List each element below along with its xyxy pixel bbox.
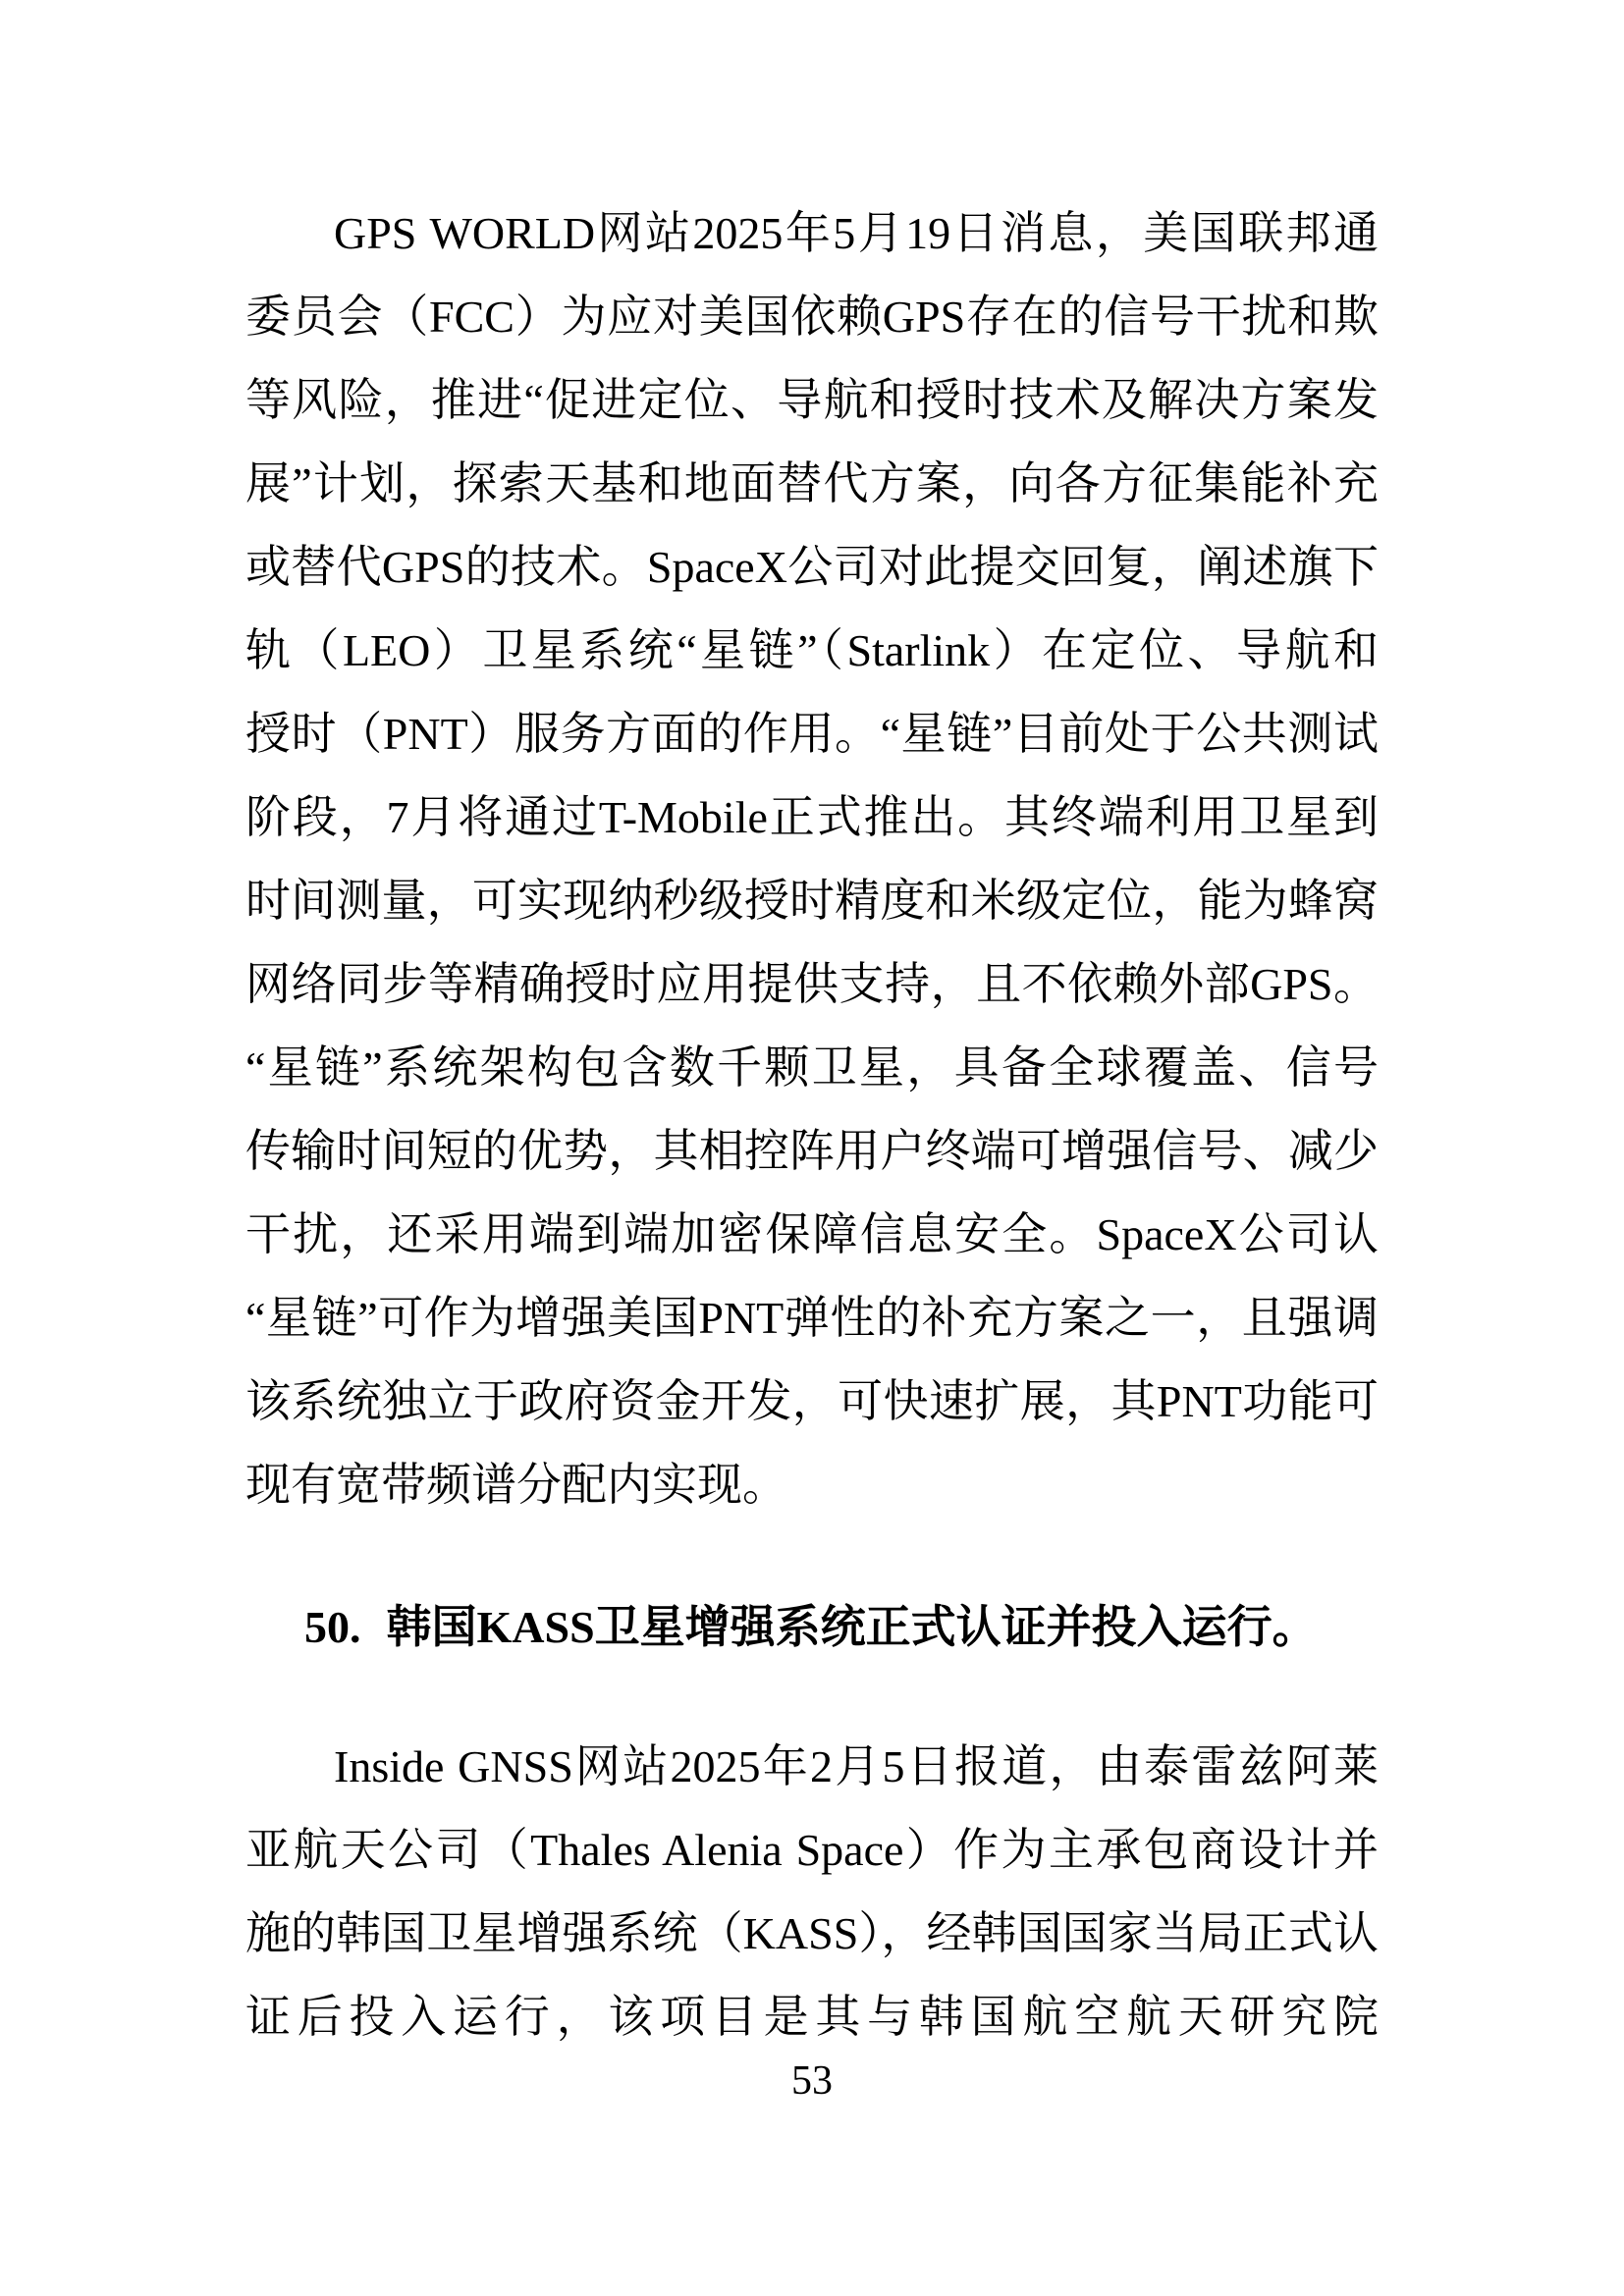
text-line: 等风险，推进“促进定位、导航和授时技术及解决方案发	[245, 358, 1379, 442]
text-line: 网络同步等精确授时应用提供支持，且不依赖外部GPS。	[245, 942, 1379, 1026]
page-number: 53	[0, 2056, 1624, 2106]
document-page: GPS WORLD网站2025年5月19日消息，美国联邦通信委员会（FCC）为应…	[0, 0, 1624, 2296]
text-line: 或替代GPS的技术。SpaceX公司对此提交回复，阐述旗下低	[245, 525, 1379, 609]
text-line: 证后投入运行，该项目是其与韩国航空航天研究院（KARI）	[245, 1975, 1379, 2058]
text-line: 委员会（FCC）为应对美国依赖GPS存在的信号干扰和欺骗	[245, 275, 1379, 358]
section-heading-50: 50.韩国KASS卫星增强系统正式认证并投入运行。	[245, 1585, 1379, 1669]
text-line: 传输时间短的优势，其相控阵用户终端可增强信号、减少	[245, 1109, 1379, 1193]
text-line: 授时（PNT）服务方面的作用。“星链”目前处于公共测试	[245, 692, 1379, 775]
heading-title: 韩国KASS卫星增强系统正式认证并投入运行。	[387, 1602, 1318, 1652]
text-line: 现有宽带频谱分配内实现。	[245, 1443, 1379, 1526]
text-line: 轨（LEO）卫星系统“星链”（Starlink）在定位、导航和	[245, 609, 1379, 692]
text-line: 亚航天公司（Thales Alenia Space）作为主承包商设计并实	[245, 1808, 1379, 1892]
paragraph-kass: Inside GNSS网站2025年2月5日报道，由泰雷兹阿莱尼亚航天公司（Th…	[245, 1725, 1379, 2058]
text-line: GPS WORLD网站2025年5月19日消息，美国联邦通信	[245, 191, 1379, 275]
text-line: 时间测量，可实现纳秒级授时精度和米级定位，能为蜂窝	[245, 859, 1379, 942]
text-line: 干扰，还采用端到端加密保障信息安全。SpaceX公司认为	[245, 1193, 1379, 1276]
text-line: Inside GNSS网站2025年2月5日报道，由泰雷兹阿莱尼	[245, 1725, 1379, 1808]
text-line: 展”计划，探索天基和地面替代方案，向各方征集能补充	[245, 442, 1379, 525]
text-line: “星链”系统架构包含数千颗卫星，具备全球覆盖、信号	[245, 1026, 1379, 1109]
heading-number: 50.	[304, 1602, 361, 1652]
text-line: 该系统独立于政府资金开发，可快速扩展，其PNT功能可在	[245, 1360, 1379, 1443]
text-line: 施的韩国卫星增强系统（KASS），经韩国国家当局正式认	[245, 1892, 1379, 1975]
text-line: “星链”可作为增强美国PNT弹性的补充方案之一，且强调	[245, 1276, 1379, 1360]
text-line: 阶段，7月将通过T-Mobile正式推出。其终端利用卫星到达	[245, 775, 1379, 859]
paragraph-gps-starlink: GPS WORLD网站2025年5月19日消息，美国联邦通信委员会（FCC）为应…	[245, 191, 1379, 1526]
